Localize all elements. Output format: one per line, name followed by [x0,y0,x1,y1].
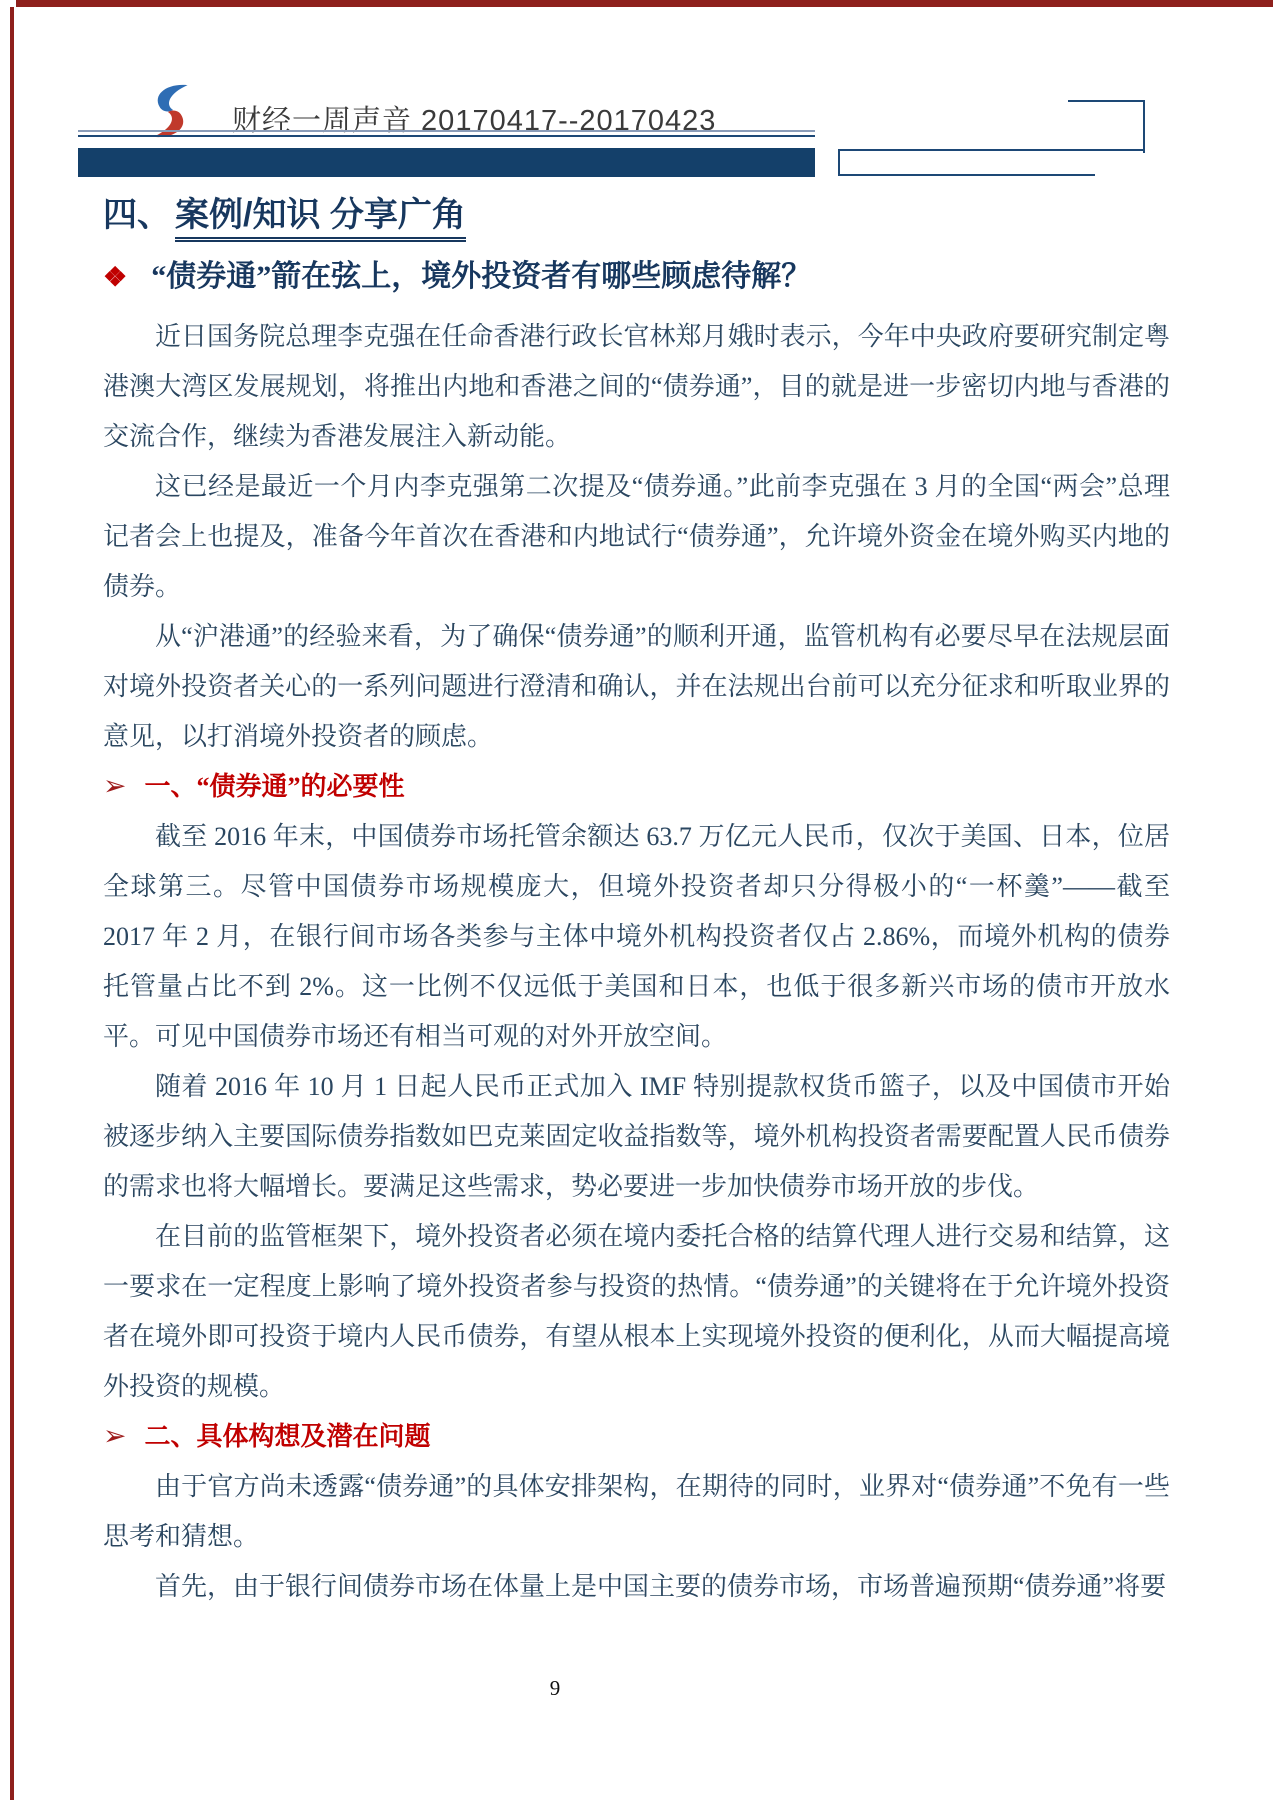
sub-heading-2: ➢二、具体构想及潜在问题 [103,1412,1170,1462]
sub-heading-1: ➢一、“债券通”的必要性 [103,762,1170,812]
page-number: 9 [540,1676,570,1701]
document-page: 财经一周声音 20170417--20170423 四、案例/知识 分享广角 ❖… [0,0,1273,1800]
header-double-rule [78,130,815,137]
decorative-frame-lower [838,149,1143,176]
section-title-text: 案例/知识 分享广角 [175,196,466,242]
article-title-text: “债券通”箭在弦上，境外投资者有哪些顾虑待解？ [151,260,811,293]
decorative-frame-upper [1068,100,1145,153]
paragraph: 从“沪港通”的经验来看，为了确保“债券通”的顺利开通，监管机构有必要尽早在法规层… [103,612,1170,762]
arrow-bullet-icon: ➢ [103,1421,126,1452]
diamond-bullet-icon: ❖ [103,262,127,292]
article-content: 四、案例/知识 分享广角 ❖“债券通”箭在弦上，境外投资者有哪些顾虑待解？ 近日… [103,192,1170,1612]
title-bar [78,148,815,177]
top-accent-line [16,0,1273,7]
sub-heading-1-text: 一、“债券通”的必要性 [144,772,404,801]
paragraph: 近日国务院总理李克强在任命香港行政长官林郑月娥时表示，今年中央政府要研究制定粤港… [103,312,1170,462]
paragraph: 首先，由于银行间债券市场在体量上是中国主要的债券市场，市场普遍预期“债券通”将要 [103,1562,1170,1612]
section-title: 四、案例/知识 分享广角 [103,192,1170,238]
article-title: ❖“债券通”箭在弦上，境外投资者有哪些顾虑待解？ [103,254,1170,300]
paragraph: 截至 2016 年末，中国债券市场托管余额达 63.7 万亿元人民币，仅次于美国… [103,812,1170,1062]
decorative-frame-underline [838,174,1095,176]
sub-heading-2-text: 二、具体构想及潜在问题 [144,1422,430,1451]
paragraph: 这已经是最近一个月内李克强第二次提及“债券通。”此前李克强在 3 月的全国“两会… [103,462,1170,612]
arrow-bullet-icon: ➢ [103,771,126,802]
paragraph: 由于官方尚未透露“债券通”的具体安排架构，在期待的同时，业界对“债券通”不免有一… [103,1462,1170,1562]
paragraph: 随着 2016 年 10 月 1 日起人民币正式加入 IMF 特别提款权货币篮子… [103,1062,1170,1212]
paragraph: 在目前的监管框架下，境外投资者必须在境内委托合格的结算代理人进行交易和结算，这一… [103,1212,1170,1412]
left-accent-line [10,7,14,1800]
section-number: 四、 [103,196,171,234]
